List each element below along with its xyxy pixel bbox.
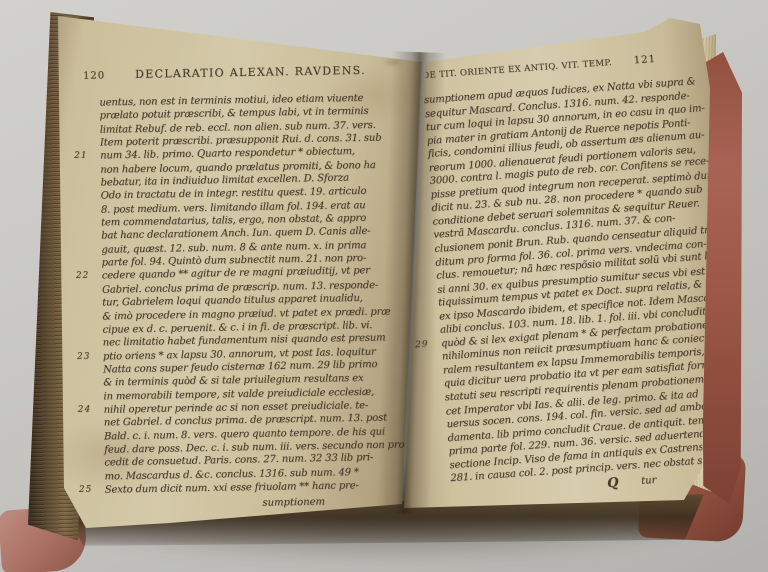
left-running-title: DECLARATIO ALEXAN. RAVDENS. bbox=[135, 64, 366, 81]
margin-number bbox=[75, 190, 101, 204]
photo-open-book: 120 DECLARATIO ALEXAN. RAVDENS. uentus, … bbox=[0, 0, 768, 572]
left-page-number: 120 bbox=[83, 70, 105, 81]
margin-number: 24 bbox=[78, 403, 104, 417]
margin-number bbox=[77, 337, 103, 351]
margin-number bbox=[74, 136, 100, 150]
margin-number bbox=[74, 110, 100, 124]
left-page-header: 120 DECLARATIO ALEXAN. RAVDENS. bbox=[73, 63, 405, 83]
catchword: tur bbox=[641, 475, 657, 487]
margin-number: 22 bbox=[76, 270, 102, 284]
margin-number bbox=[76, 257, 102, 271]
margin-number bbox=[76, 323, 102, 337]
margin-number bbox=[74, 163, 100, 177]
left-page: 120 DECLARATIO ALEXAN. RAVDENS. uentus, … bbox=[50, 10, 430, 540]
catchword: sumptionem bbox=[262, 497, 325, 509]
margin-number bbox=[79, 470, 105, 484]
margin-number bbox=[78, 457, 104, 471]
right-page-text: DE TIT. ORIENTE EX ANTIQ. VIT. TEMP. 121… bbox=[396, 50, 748, 506]
margin-number bbox=[75, 243, 101, 257]
margin-number bbox=[76, 283, 102, 297]
left-page-text: 120 DECLARATIO ALEXAN. RAVDENS. uentus, … bbox=[73, 63, 411, 511]
margin-number bbox=[75, 203, 101, 217]
margin-number bbox=[75, 217, 101, 231]
margin-number bbox=[75, 230, 101, 244]
margin-number bbox=[74, 123, 100, 137]
margin-number bbox=[77, 377, 103, 391]
margin-number bbox=[73, 96, 99, 110]
margin-number bbox=[76, 297, 102, 311]
margin-number: 25 bbox=[79, 483, 105, 497]
margin-number bbox=[76, 310, 102, 324]
right-page-number: 121 bbox=[633, 54, 656, 67]
left-page-lines: uentus, non est in terminis motiui, ideo… bbox=[73, 91, 411, 497]
right-running-title: DE TIT. ORIENTE EX ANTIQ. VIT. TEMP. bbox=[422, 58, 612, 81]
margin-number bbox=[74, 177, 100, 191]
right-page-lines: sumptionem apud æquos Iudices, ex Natta … bbox=[398, 73, 747, 487]
margin-number: 21 bbox=[74, 150, 100, 164]
margin-number bbox=[77, 390, 103, 404]
signature-mark: Q bbox=[607, 475, 619, 491]
margin-number bbox=[77, 363, 103, 377]
margin-number bbox=[78, 417, 104, 431]
margin-number bbox=[78, 443, 104, 457]
ink-showthrough-smudge bbox=[350, 28, 396, 50]
margin-number: 23 bbox=[77, 350, 103, 364]
margin-number bbox=[78, 430, 104, 444]
